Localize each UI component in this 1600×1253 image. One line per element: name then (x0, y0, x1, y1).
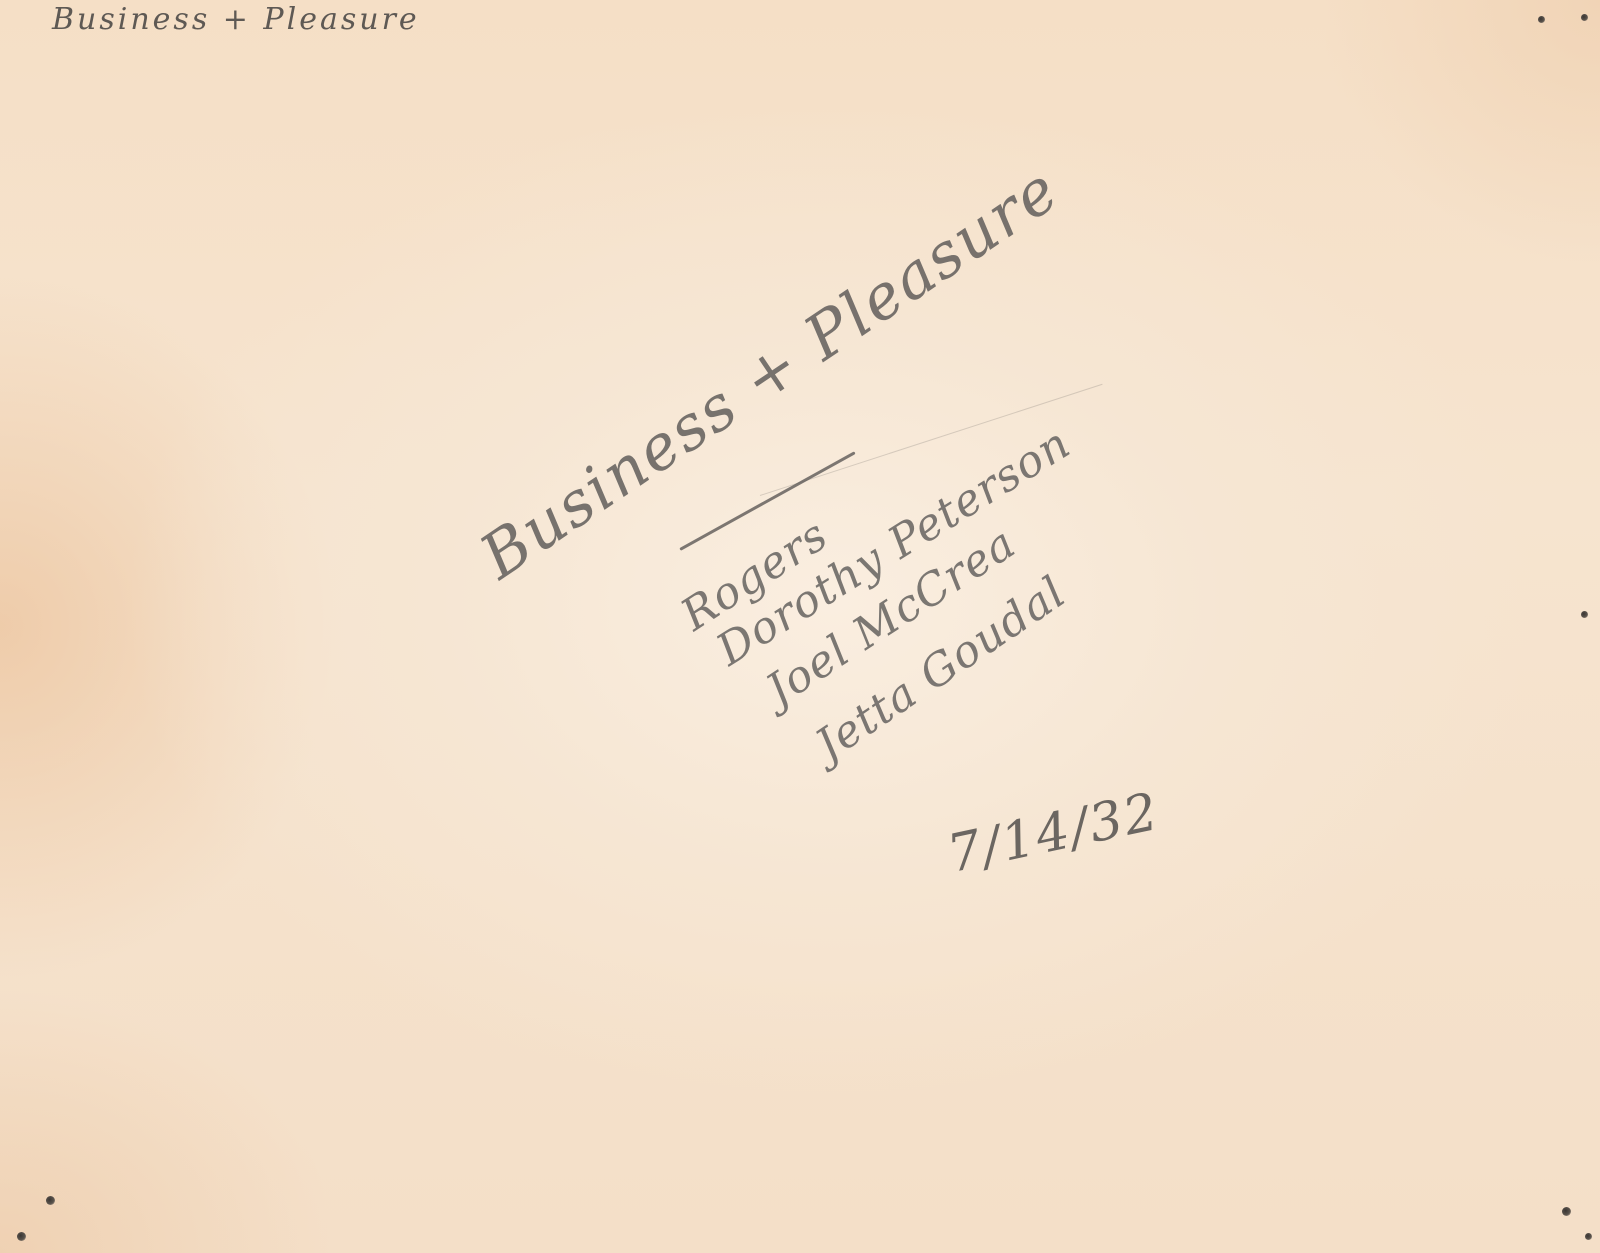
tack-hole-icon (17, 1232, 26, 1241)
tack-hole-icon (1585, 1233, 1592, 1240)
photo-back-sheet: Business + Pleasure Business + Pleasure … (0, 0, 1600, 1253)
tack-hole-icon (1538, 16, 1545, 23)
handwritten-date: 7/14/32 (943, 782, 1165, 885)
tack-hole-icon (46, 1196, 55, 1205)
top-handwritten-title: Business + Pleasure (52, 2, 420, 37)
tack-hole-icon (1581, 611, 1588, 618)
tack-hole-icon (1581, 14, 1588, 21)
tack-hole-icon (1562, 1207, 1571, 1216)
